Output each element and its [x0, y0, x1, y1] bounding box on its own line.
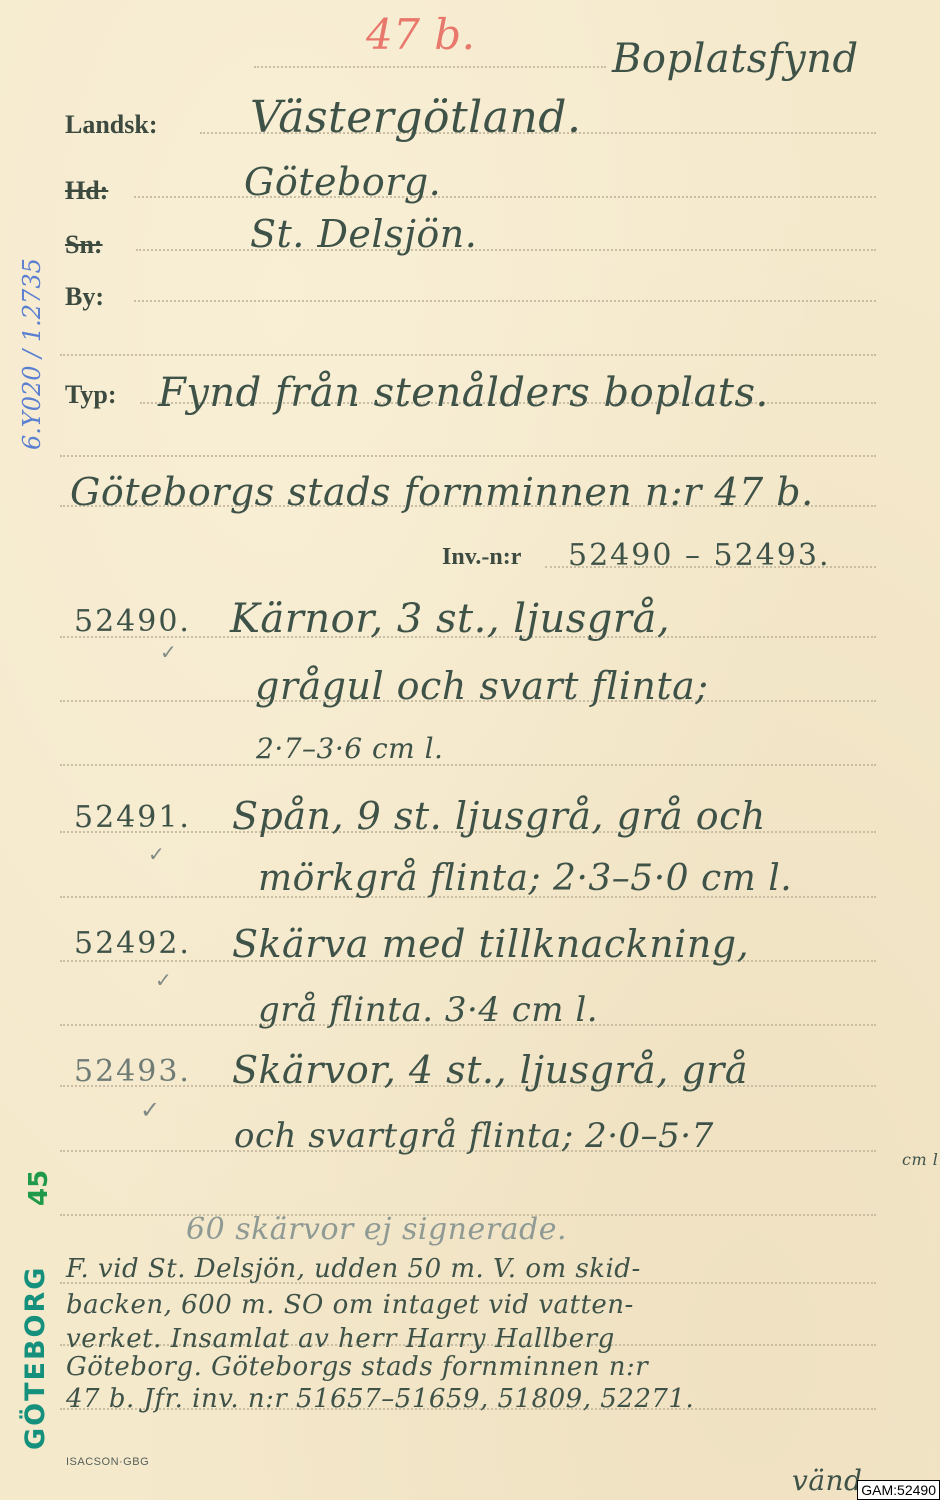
- inv-range: 52490 – 52493.: [568, 538, 830, 573]
- entry-line: 2·7–3·6 cm l.: [256, 732, 443, 765]
- dotted-rule: [60, 764, 876, 766]
- dotted-rule: [60, 455, 876, 457]
- goteborg-stamp: GÖTEBORG: [20, 1266, 51, 1450]
- green-pencil-number: 45: [24, 1170, 54, 1206]
- entry-line: Kärnor, 3 st., ljusgrå,: [230, 596, 670, 642]
- find-note-line: 47 b. Jfr. inv. n:r 51657–51659, 51809, …: [66, 1384, 694, 1414]
- printer-mark: ISACSON·GBG: [66, 1456, 149, 1468]
- id-tag: GAM:52490: [857, 1480, 940, 1500]
- field-value-sn: St. Delsjön.: [250, 212, 477, 256]
- entry-number: 52490.: [74, 604, 191, 639]
- entry-line: Skärva med tillknackning,: [232, 922, 749, 966]
- find-note-line: F. vid St. Delsjön, udden 50 m. V. om sk…: [66, 1254, 641, 1284]
- entry-number: 52493.: [74, 1054, 191, 1089]
- entry-line: mörkgrå flinta; 2·3–5·0 cm l.: [258, 858, 792, 899]
- check-mark-icon: ✓: [155, 968, 172, 992]
- catalog-card: 47 b. Boplatsfynd 6.Y020 / 1.2735 Landsk…: [0, 0, 940, 1500]
- find-note-line: Göteborg. Göteborgs stads fornminnen n:r: [66, 1352, 648, 1382]
- dotted-rule: [136, 249, 876, 251]
- pencil-note: 60 skärvor ej signerade.: [186, 1212, 567, 1247]
- entry-line: grå flinta. 3·4 cm l.: [258, 990, 598, 1030]
- dotted-rule: [134, 300, 876, 302]
- entry-line: och svartgrå flinta; 2·0–5·7: [234, 1116, 714, 1156]
- footer-handwriting-vand: vänd: [792, 1464, 862, 1497]
- check-mark-icon: ✓: [140, 1096, 160, 1124]
- typ-value-text: Fynd från stenålders boplats.: [158, 370, 769, 416]
- field-label-hd: Hd:: [65, 176, 108, 206]
- entry-line: Spån, 9 st. ljusgrå, grå och: [232, 794, 766, 838]
- find-note-line: verket. Insamlat av herr Harry Hallberg: [66, 1324, 615, 1354]
- check-mark-icon: ✓: [148, 842, 165, 866]
- field-label-landsk: Landsk:: [65, 110, 158, 140]
- inv-label: Inv.-n:r: [442, 544, 521, 571]
- field-label-sn: Sn:: [65, 230, 103, 260]
- field-label-by: By:: [65, 282, 104, 312]
- entry-line: grågul och svart flinta;: [255, 664, 709, 708]
- blue-pencil-side-note: 6.Y020 / 1.2735: [18, 258, 46, 450]
- check-mark-icon: ✓: [160, 640, 177, 664]
- category-title: Boplatsfynd: [612, 36, 859, 82]
- dotted-rule: [60, 354, 876, 356]
- entry-number: 52491.: [74, 800, 191, 835]
- entry-number: 52492.: [74, 926, 191, 961]
- red-pencil-note: 47 b.: [366, 10, 476, 59]
- dotted-rule: [254, 66, 606, 68]
- field-value-hd: Göteborg.: [244, 160, 441, 204]
- field-value-landsk: Västergötland.: [250, 92, 581, 143]
- entry-line: cm l.: [902, 1150, 940, 1169]
- typ-label: Typ:: [65, 380, 117, 410]
- reference-line: Göteborgs stads fornminnen n:r 47 b.: [70, 470, 814, 514]
- find-note-line: backen, 600 m. SO om intaget vid vatten-: [66, 1290, 634, 1320]
- entry-line: Skärvor, 4 st., ljusgrå, grå: [232, 1048, 748, 1092]
